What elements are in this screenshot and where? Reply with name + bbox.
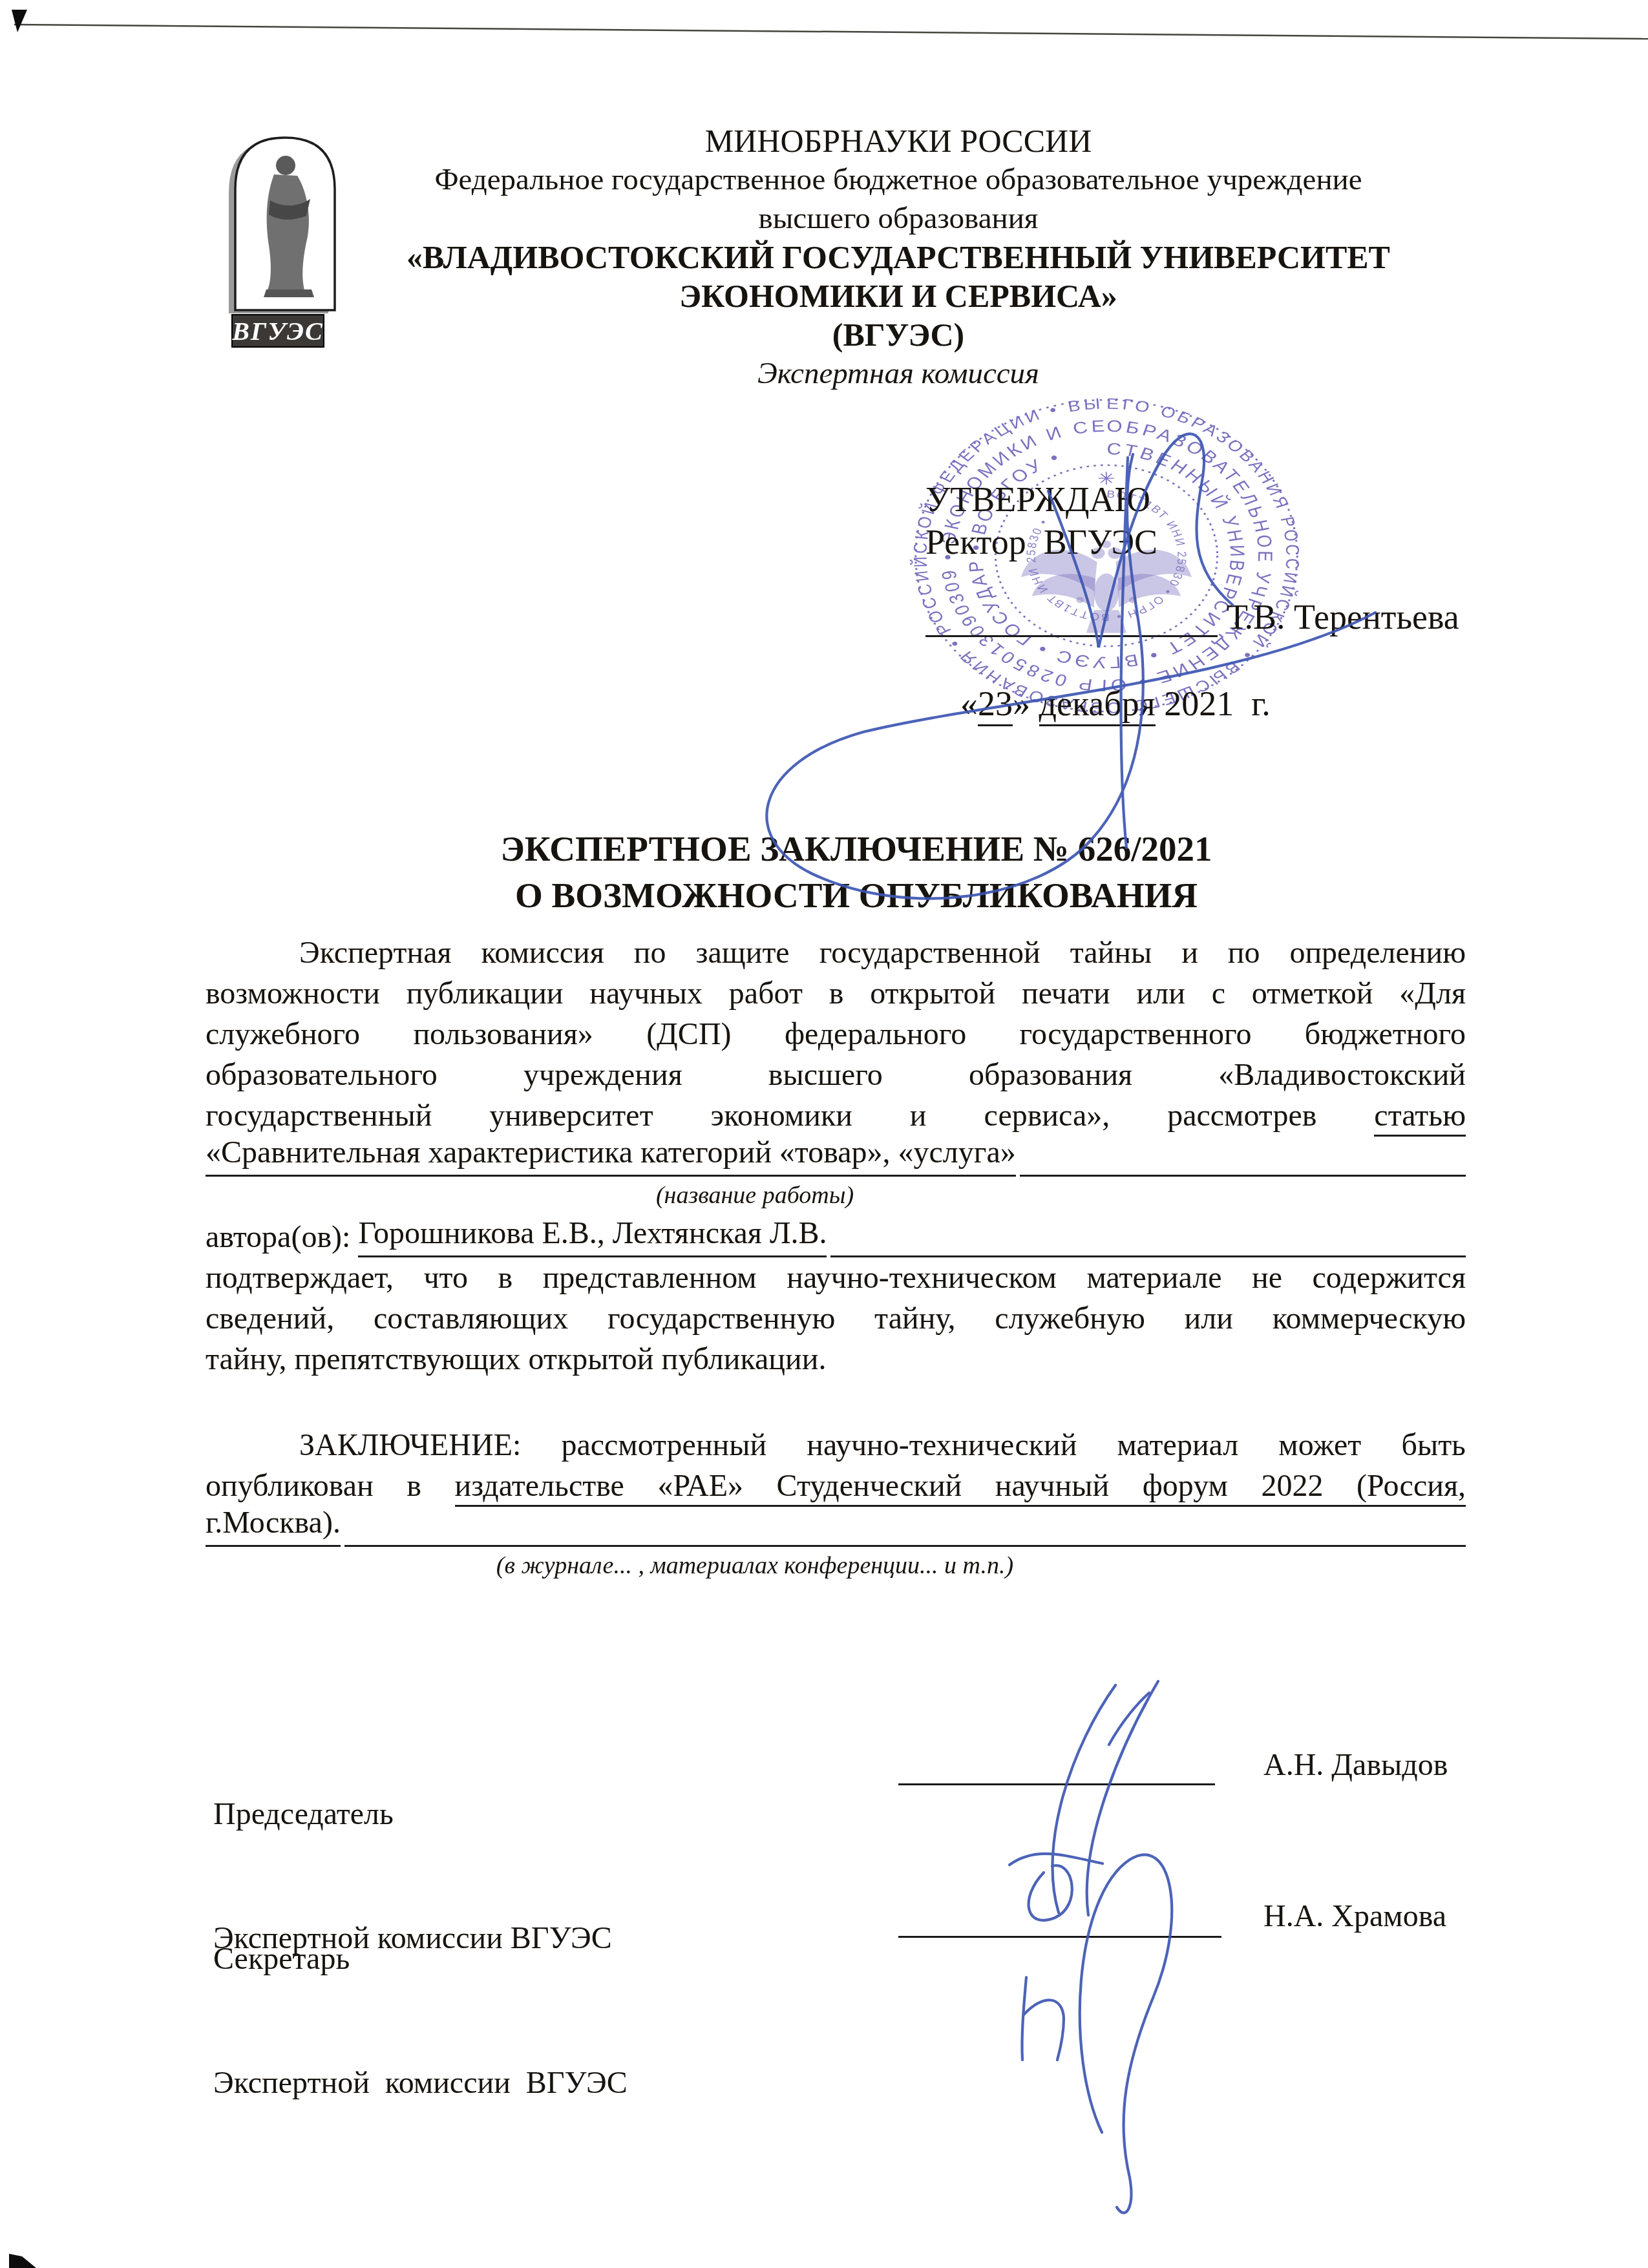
secretary-signature-line: [898, 1936, 1221, 1938]
approval-date: «23» декабря 2021 г.: [925, 644, 1271, 764]
venue-caption: (в журнале... , материалах конференции..…: [206, 1547, 1304, 1587]
institution-line-2: высшего образования: [343, 199, 1454, 238]
institution-line-1: Федеральное государственное бюджетное об…: [343, 160, 1454, 199]
date-year: 2021 г.: [1156, 684, 1271, 723]
date-month: декабря: [1039, 684, 1156, 726]
scanned-document-page: ВГУЭС МИНОБРНАУКИ РОССИИ Федеральное гос…: [0, 0, 1648, 2268]
document-body: Экспертная комиссия по защите государств…: [206, 932, 1466, 1380]
document-header: МИНОБРНАУКИ РОССИИ Федеральное государст…: [343, 121, 1454, 393]
body-line: сведений, составляющих государственную т…: [206, 1298, 1466, 1339]
conclusion-block: ЗАКЛЮЧЕНИЕ: рассмотренный научно-техниче…: [206, 1425, 1466, 1587]
date-day: 23: [978, 684, 1013, 726]
underlined-word: статью: [1374, 1098, 1466, 1137]
university-name-line-2: ЭКОНОМИКИ И СЕРВИСА»: [343, 277, 1454, 315]
scan-artifact-top-line: [0, 0, 1648, 58]
university-logo-statue-arch-icon: [227, 128, 337, 322]
commission-name: Экспертная комиссия: [343, 354, 1454, 393]
work-title-caption: (название работы): [206, 1177, 1304, 1217]
secretary-name: Н.А. Храмова: [1263, 1898, 1446, 1934]
conclusion-line-1: ЗАКЛЮЧЕНИЕ: рассмотренный научно-техниче…: [206, 1425, 1466, 1465]
chairman-signature-stroke: [1009, 1681, 1158, 1920]
conclusion-line-2: опубликован в издательстве «РАЕ» Студенч…: [206, 1465, 1466, 1506]
title-line-2: О ВОЗМОЖНОСТИ ОПУБЛИКОВАНИЯ: [194, 872, 1519, 919]
body-line: возможности публикации научных работ в о…: [206, 973, 1466, 1014]
authors-line: автора(ов): Горошникова Е.В., Лехтянская…: [206, 1217, 1466, 1257]
scan-artifact-bottom-mark: [0, 2242, 52, 2268]
university-name-line-1: «ВЛАДИВОСТОКСКИЙ ГОСУДАРСТВЕННЫЙ УНИВЕРС…: [343, 238, 1454, 277]
document-title: ЭКСПЕРТНОЕ ЗАКЛЮЧЕНИЕ № 626/2021 О ВОЗМО…: [194, 826, 1519, 919]
body-line: тайну, препятствующих открытой публикаци…: [206, 1339, 1466, 1380]
secretary-role-line-2: Экспертной комиссии ВГУЭС: [213, 2063, 628, 2104]
secretary-signature-stroke: [1022, 1854, 1172, 2212]
chairman-signature-line: [898, 1783, 1215, 1785]
work-title-underlined: «Сравнительная характеристика категорий …: [206, 1132, 1016, 1177]
body-line: подтверждает, что в представленном научн…: [206, 1257, 1466, 1298]
body-text: государственный университет экономики и …: [206, 1098, 1374, 1133]
approver-signature-line: [925, 599, 1218, 637]
approver-name: Т.В. Терентьева: [1227, 597, 1459, 637]
chairman-role-line-1: Председатель: [213, 1794, 612, 1835]
body-line: образовательного учреждения высшего обра…: [206, 1055, 1466, 1095]
conclusion-city-underlined: г.Москва).: [206, 1502, 341, 1547]
secretary-role: Секретарь Экспертной комиссии ВГУЭС: [213, 1856, 628, 2187]
body-line: служебного пользования» (ДСП) федерально…: [206, 1014, 1466, 1055]
ministry-line: МИНОБРНАУКИ РОССИИ: [343, 121, 1454, 160]
blank-underline-filler: [1020, 1139, 1466, 1177]
work-title-line: «Сравнительная характеристика категорий …: [206, 1136, 1466, 1177]
approver-signature-row: Т.В. Терентьева: [925, 597, 1459, 637]
authors-prefix: автора(ов):: [206, 1217, 358, 1257]
conclusion-line-3: г.Москва).: [206, 1506, 1466, 1547]
conclusion-prefix: опубликован в: [206, 1469, 455, 1503]
university-acronym: (ВГУЭС): [343, 315, 1454, 354]
date-quote-close: »: [1013, 684, 1039, 723]
blank-underline-filler: [830, 1220, 1466, 1257]
conclusion-venue-underlined: издательстве «РАЕ» Студенческий научный …: [455, 1469, 1466, 1507]
body-line: государственный университет экономики и …: [206, 1095, 1466, 1136]
secretary-role-line-1: Секретарь: [213, 1938, 628, 1980]
logo-acronym-plate: ВГУЭС: [231, 314, 324, 348]
approve-heading: УТВЕРЖДАЮ: [925, 479, 1150, 520]
title-line-1: ЭКСПЕРТНОЕ ЗАКЛЮЧЕНИЕ № 626/2021: [194, 826, 1519, 872]
date-quote-open: «: [960, 684, 978, 723]
blank-underline-filler: [344, 1509, 1466, 1547]
approver-position: Ректор ВГУЭС: [925, 522, 1157, 562]
logo-acronym-label: ВГУЭС: [232, 316, 323, 346]
chairman-name: А.Н. Давыдов: [1263, 1747, 1448, 1783]
authors-underlined: Горошникова Е.В., Лехтянская Л.В.: [358, 1213, 827, 1257]
body-line: Экспертная комиссия по защите государств…: [206, 932, 1466, 973]
